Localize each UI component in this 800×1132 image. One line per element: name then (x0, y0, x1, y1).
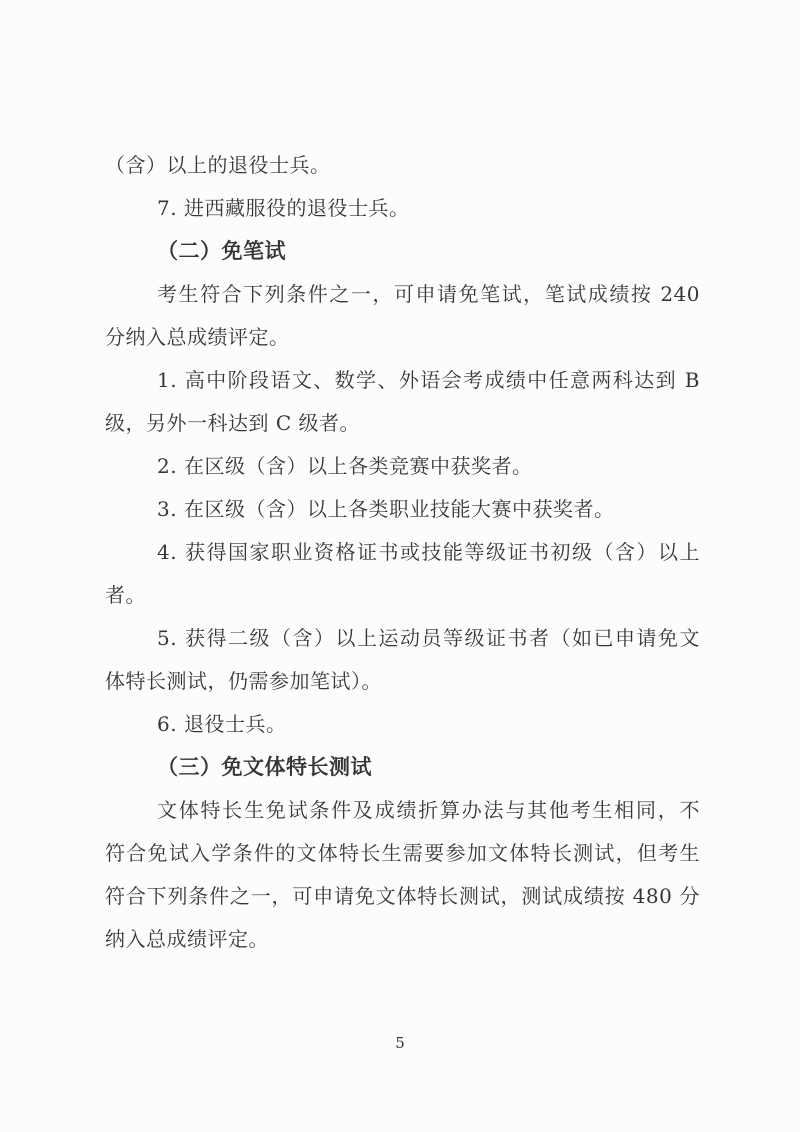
text-line: 符合下列条件之一，可申请免文体特长测试，测试成绩按 480 分 (105, 875, 700, 918)
text-line: 2. 在区级（含）以上各类竞赛中获奖者。 (105, 445, 700, 488)
text-line: 5. 获得二级（含）以上运动员等级证书者（如已申请免文 (105, 617, 700, 660)
text-line: 3. 在区级（含）以上各类职业技能大赛中获奖者。 (105, 488, 700, 531)
text-line: 6. 退役士兵。 (105, 703, 700, 746)
text-line: 纳入总成绩评定。 (105, 918, 700, 961)
text-line: 4. 获得国家职业资格证书或技能等级证书初级（含）以上 (105, 531, 700, 574)
text-line: 体特长测试，仍需参加笔试）。 (105, 660, 700, 703)
section-heading: （三）免文体特长测试 (105, 746, 700, 789)
text-line: 7. 进西藏服役的退役士兵。 (105, 187, 700, 230)
text-line: 1. 高中阶段语文、数学、外语会考成绩中任意两科达到 B (105, 359, 700, 402)
text-line: 者。 (105, 574, 700, 617)
section-heading: （二）免笔试 (105, 230, 700, 273)
text-line: 考生符合下列条件之一，可申请免笔试，笔试成绩按 240 (105, 273, 700, 316)
document-page: （含）以上的退役士兵。7. 进西藏服役的退役士兵。（二）免笔试考生符合下列条件之… (0, 0, 800, 1132)
text-line: 符合免试入学条件的文体特长生需要参加文体特长测试，但考生 (105, 832, 700, 875)
page-number: 5 (0, 1022, 800, 1065)
text-line: 级，另外一科达到 C 级者。 (105, 402, 700, 445)
text-line: （含）以上的退役士兵。 (105, 144, 700, 187)
text-line: 分纳入总成绩评定。 (105, 316, 700, 359)
document-body: （含）以上的退役士兵。7. 进西藏服役的退役士兵。（二）免笔试考生符合下列条件之… (105, 144, 700, 961)
text-line: 文体特长生免试条件及成绩折算办法与其他考生相同，不 (105, 789, 700, 832)
